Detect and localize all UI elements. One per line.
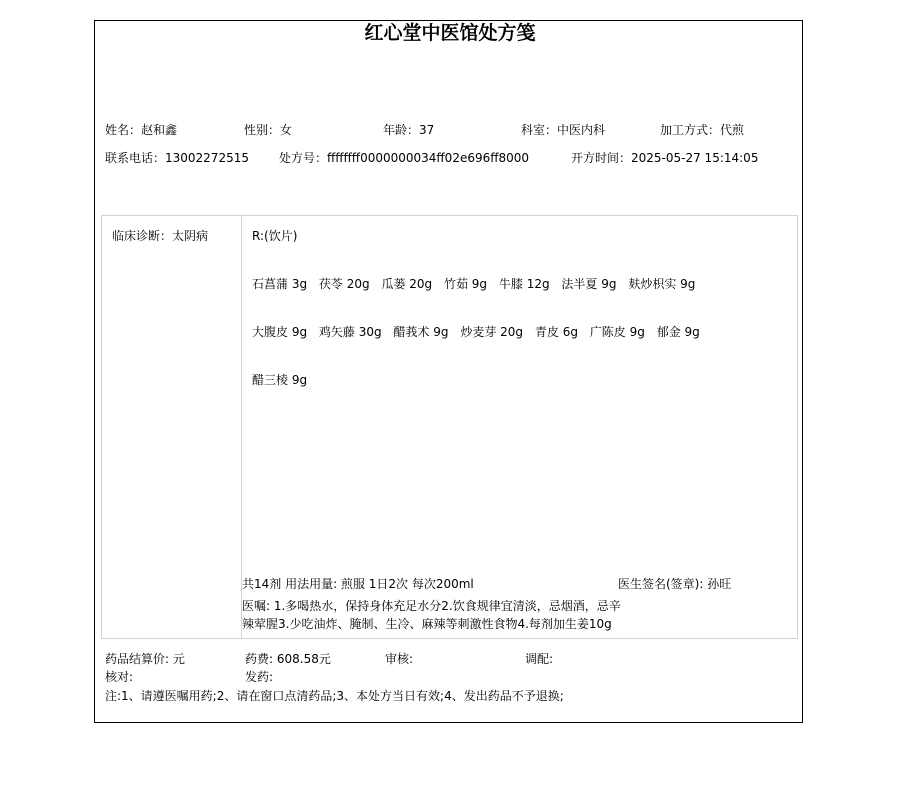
clinical-diagnosis: 临床诊断：太阴病	[112, 229, 208, 243]
herb-item: 法半夏 9g	[561, 277, 616, 291]
herb-item: 瓜蒌 20g	[381, 277, 432, 291]
herb-row-3: 醋三棱 9g	[252, 373, 315, 387]
herb-item: 麸炒枳实 9g	[628, 277, 695, 291]
herb-item: 竹茹 9g	[444, 277, 487, 291]
column-divider	[241, 215, 242, 639]
herb-row-1: 石菖蒲 3g 茯苓 20g 瓜蒌 20g 竹茹 9g 牛膝 12g 法半夏 9g…	[252, 277, 703, 291]
issue-field: 发药:	[245, 670, 273, 684]
herb-item: 茯苓 20g	[319, 277, 370, 291]
herb-item: 醋三棱 9g	[252, 373, 307, 387]
herb-item: 鸡矢藤 30g	[319, 325, 382, 339]
patient-name: 姓名：赵和鑫	[105, 123, 177, 137]
herb-item: 大腹皮 9g	[252, 325, 307, 339]
herb-row-2: 大腹皮 9g 鸡矢藤 30g 醋莪术 9g 炒麦芽 20g 青皮 6g 广陈皮 …	[252, 325, 708, 339]
doctor-signature: 医生签名(签章): 孙旺	[618, 577, 731, 591]
settlement-price: 药品结算价: 元	[105, 652, 185, 666]
drug-fee: 药费: 608.58元	[245, 652, 331, 666]
herb-item: 醋莪术 9g	[393, 325, 448, 339]
footer-note: 注:1、请遵医嘱用药;2、请在窗口点清药品;3、本处方当日有效;4、发出药品不予…	[105, 689, 564, 703]
herb-item: 广陈皮 9g	[590, 325, 645, 339]
prescription-number: 处方号：ffffffff0000000034ff02e696ff8000	[279, 151, 529, 165]
herb-item: 牛膝 12g	[499, 277, 550, 291]
department: 科室：中医内科	[521, 123, 605, 137]
rx-header: R:(饮片)	[252, 229, 297, 243]
prescription-time: 开方时间：2025-05-27 15:14:05	[571, 151, 758, 165]
page-title: 红心堂中医馆处方笺	[0, 18, 900, 45]
processing-method: 加工方式：代煎	[660, 123, 744, 137]
patient-age: 年龄：37	[383, 123, 434, 137]
herb-item: 郁金 9g	[657, 325, 700, 339]
patient-gender: 性别：女	[244, 123, 292, 137]
dosage-instructions: 共14剂 用法用量: 煎服 1日2次 每次200ml	[242, 577, 474, 591]
review-field: 审核:	[385, 652, 413, 666]
check-field: 核对:	[105, 670, 133, 684]
patient-phone: 联系电话：13002272515	[105, 151, 249, 165]
herb-item: 青皮 6g	[535, 325, 578, 339]
dispense-prep-field: 调配:	[525, 652, 553, 666]
herb-item: 炒麦芽 20g	[460, 325, 523, 339]
herb-item: 石菖蒲 3g	[252, 277, 307, 291]
medical-advice: 医嘱: 1.多喝热水，保持身体充足水分2.饮食规律宜清淡，忌烟酒，忌辛辣荤腥3.…	[242, 597, 622, 633]
